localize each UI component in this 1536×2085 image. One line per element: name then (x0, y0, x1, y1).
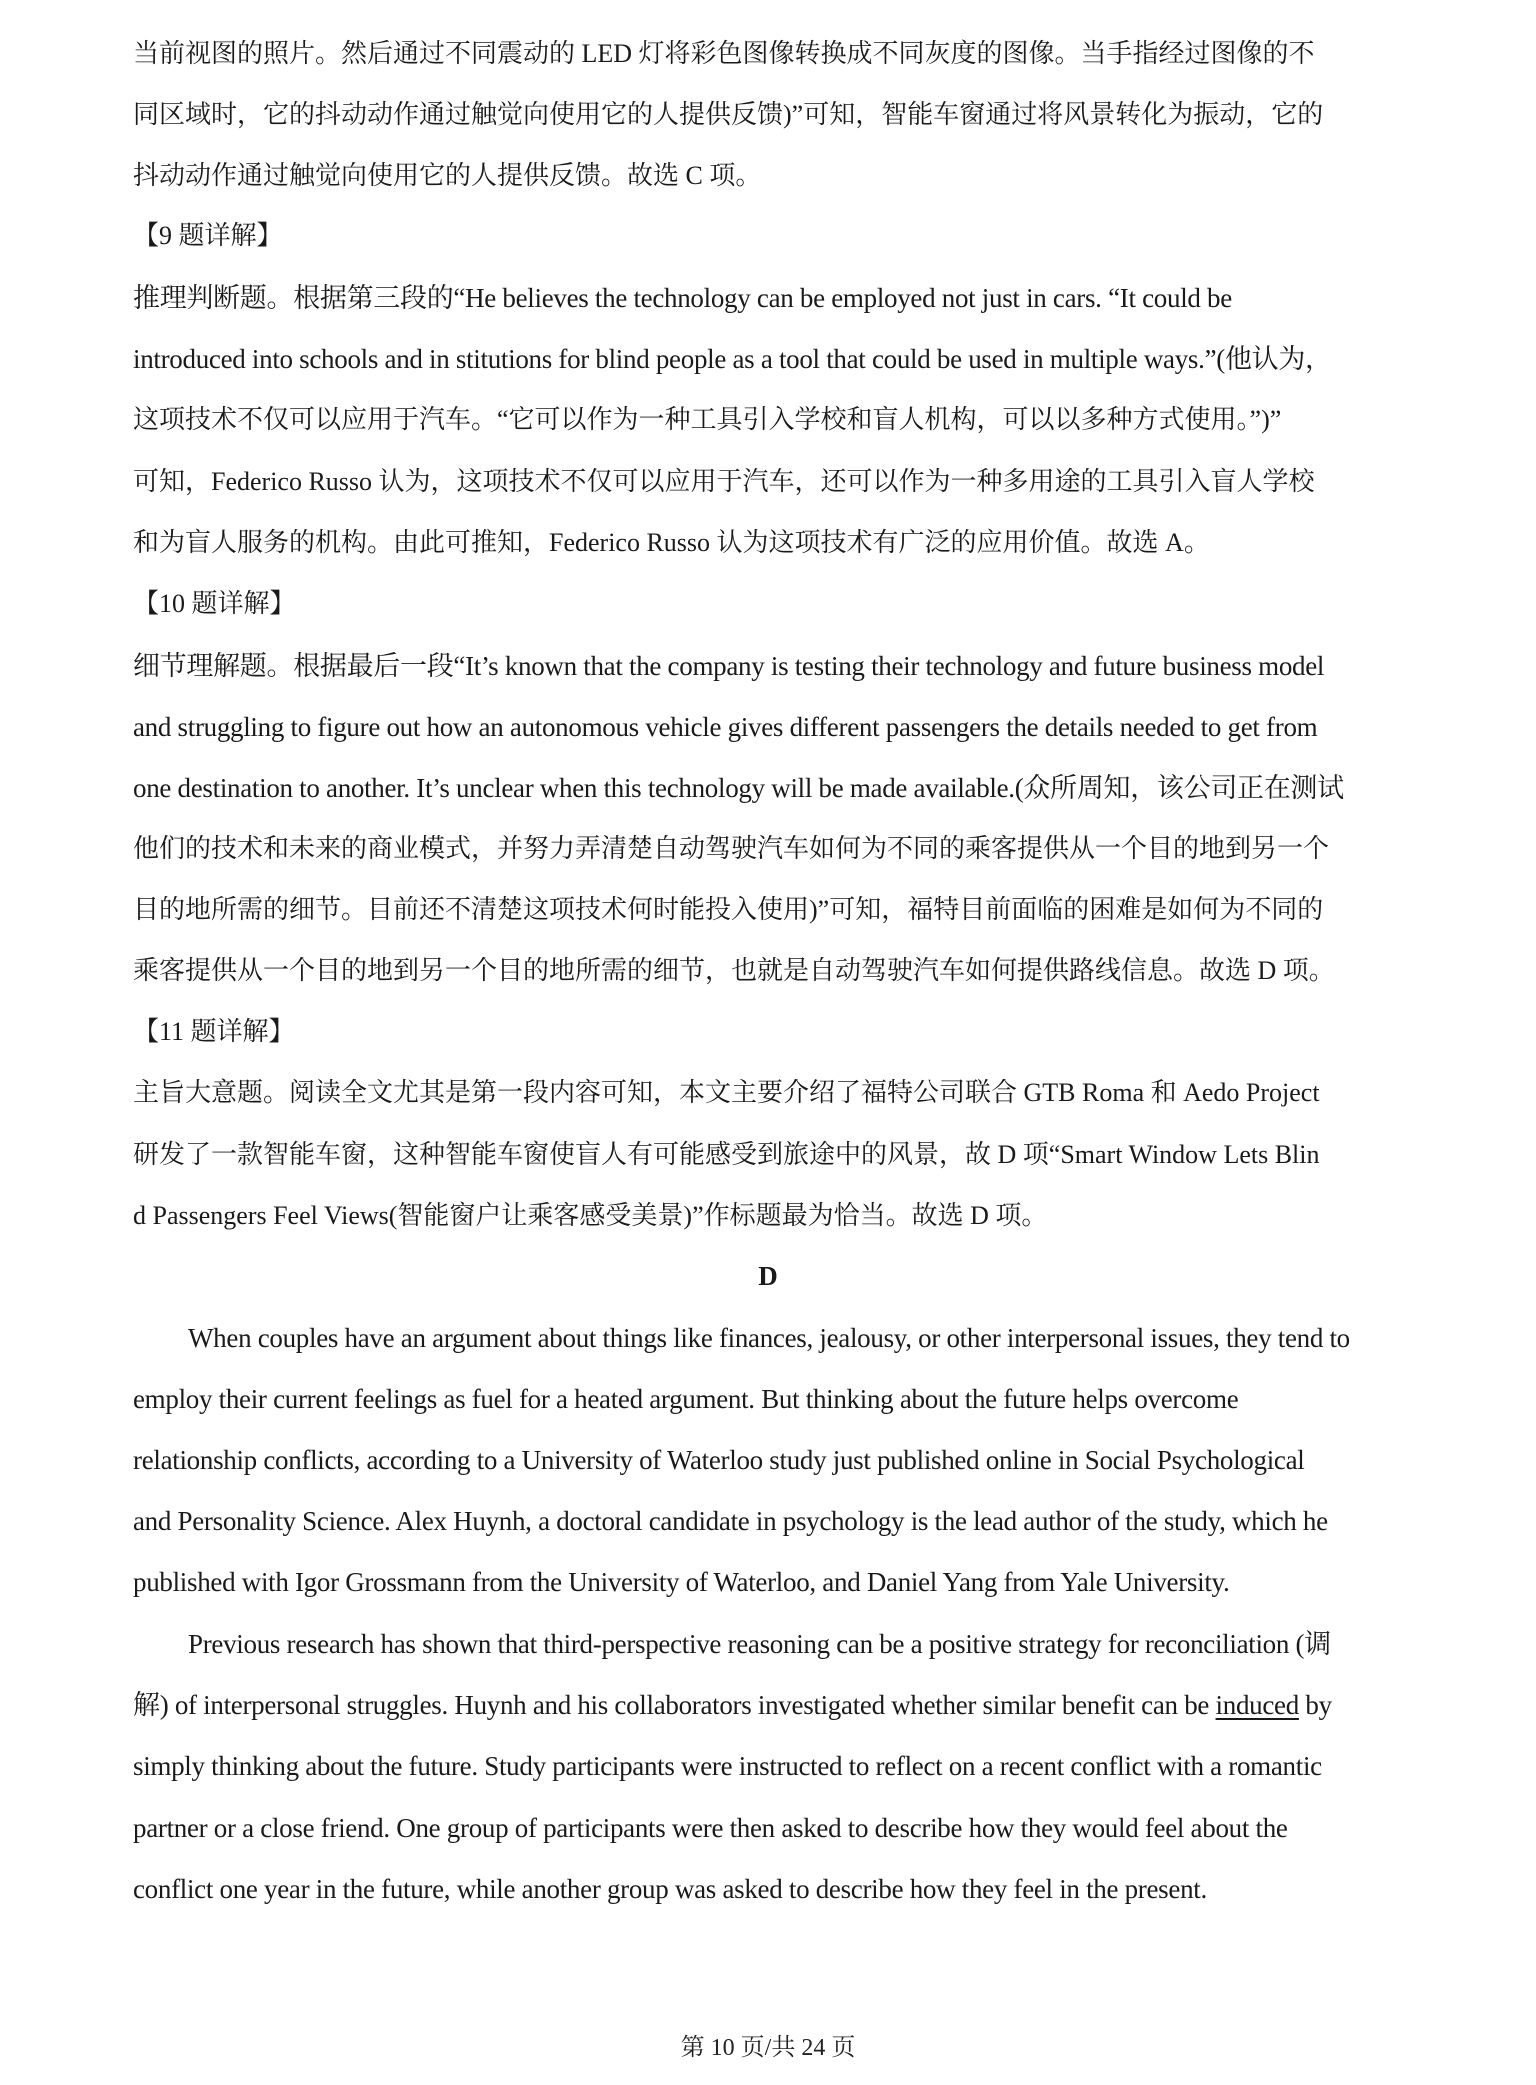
text-line: introduced into schools and in stitution… (133, 339, 1408, 379)
text-line: 和为盲人服务的机构。由此可推知，Federico Russo 认为这项技术有广泛… (133, 523, 1408, 563)
document-page: 当前视图的照片。然后通过不同震动的 LED 灯将彩色图像转换成不同灰度的图像。当… (0, 0, 1536, 2085)
text-line: 可知，Federico Russo 认为，这项技术不仅可以应用于汽车，还可以作为… (133, 462, 1408, 502)
text-line: published with Igor Grossmann from the U… (133, 1562, 1408, 1602)
text-line: and Personality Science. Alex Huynh, a d… (133, 1501, 1408, 1541)
text-line: Previous research has shown that third-p… (188, 1624, 1408, 1664)
text-line: 当前视图的照片。然后通过不同震动的 LED 灯将彩色图像转换成不同灰度的图像。当… (133, 34, 1408, 74)
text-line: 他们的技术和未来的商业模式，并努力弄清楚自动驾驶汽车如何为不同的乘客提供从一个目… (133, 829, 1408, 869)
text-line: one destination to another. It’s unclear… (133, 768, 1408, 808)
text-line: employ their current feelings as fuel fo… (133, 1379, 1408, 1419)
text-line: 目的地所需的细节。目前还不清楚这项技术何时能投入使用)”可知，福特目前面临的困难… (133, 890, 1408, 930)
text-line: 研发了一款智能车窗，这种智能车窗使盲人有可能感受到旅途中的风景，故 D 项“Sm… (133, 1135, 1408, 1175)
text-line: relationship conflicts, according to a U… (133, 1440, 1408, 1480)
text-line: 同区域时，它的抖动动作通过触觉向使用它的人提供反馈)”可知，智能车窗通过将风景转… (133, 95, 1408, 135)
text-segment: 解) of interpersonal struggles. Huynh and… (133, 1690, 1216, 1720)
text-line: 这项技术不仅可以应用于汽车。“它可以作为一种工具引入学校和盲人机构，可以以多种方… (133, 400, 1408, 440)
text-line: 细节理解题。根据最后一段“It’s known that the company… (133, 646, 1408, 686)
text-line: partner or a close friend. One group of … (133, 1808, 1408, 1848)
text-line: 抖动动作通过触觉向使用它的人提供反馈。故选 C 项。 (133, 156, 1408, 196)
text-line: 乘客提供从一个目的地到另一个目的地所需的细节，也就是自动驾驶汽车如何提供路线信息… (133, 951, 1408, 991)
q9-heading: 【9 题详解】 (133, 216, 1408, 256)
q10-heading: 【10 题详解】 (133, 584, 1408, 624)
text-line: and struggling to figure out how an auto… (133, 707, 1408, 747)
q11-heading: 【11 题详解】 (133, 1012, 1408, 1052)
text-line: 主旨大意题。阅读全文尤其是第一段内容可知，本文主要介绍了福特公司联合 GTB R… (133, 1073, 1408, 1113)
page-number-footer: 第 10 页/共 24 页 (0, 2030, 1536, 2066)
passage-heading: D (0, 1256, 1536, 1296)
underlined-word-induced: induced (1216, 1690, 1299, 1720)
text-line: simply thinking about the future. Study … (133, 1746, 1408, 1786)
text-line: When couples have an argument about thin… (188, 1318, 1408, 1358)
text-segment: by (1299, 1690, 1332, 1720)
text-line: 推理判断题。根据第三段的“He believes the technology … (133, 278, 1408, 318)
text-line: conflict one year in the future, while a… (133, 1869, 1408, 1909)
text-line: d Passengers Feel Views(智能窗户让乘客感受美景)”作标题… (133, 1196, 1408, 1236)
text-line: 解) of interpersonal struggles. Huynh and… (133, 1685, 1408, 1725)
